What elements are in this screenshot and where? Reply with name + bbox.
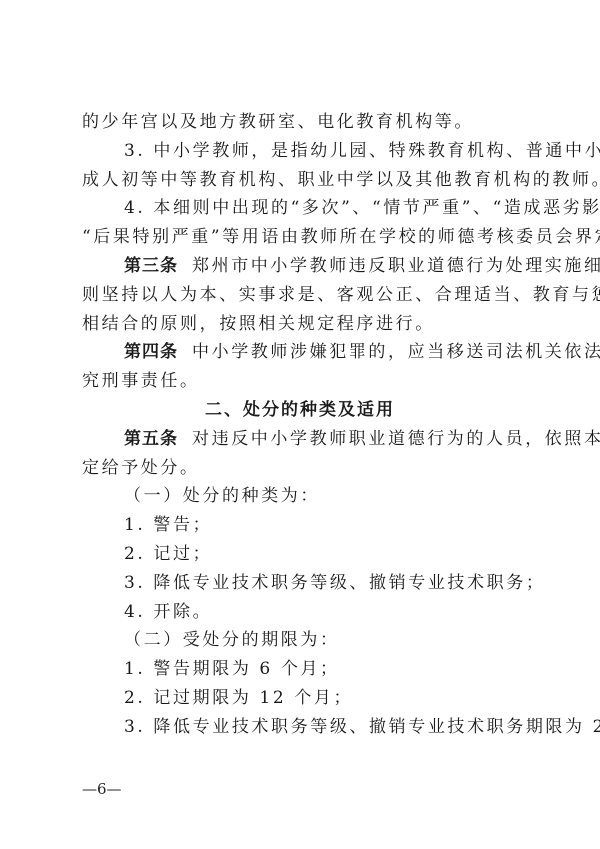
text-line: 定给予处分。 — [82, 454, 518, 483]
text-line: 究刑事责任。 — [82, 367, 518, 396]
article-4-text: 中小学教师涉嫌犯罪的，应当移送司法机关依法追 — [192, 342, 600, 362]
text-line: 相结合的原则，按照相关规定程序进行。 — [82, 310, 518, 339]
section-heading: 二、处分的种类及适用 — [82, 396, 518, 425]
list-item: 2. 记过； — [82, 540, 518, 569]
text-line: 3. 中小学教师，是指幼儿园、特殊教育机构、普通中小学、 — [82, 137, 518, 166]
subsection-title: （一）处分的种类为： — [82, 482, 518, 511]
text-line: 的少年宫以及地方教研室、电化教育机构等。 — [82, 108, 518, 137]
article-3-text: 郑州市中小学教师违反职业道德行为处理实施细 — [192, 256, 600, 276]
text-line: “后果特别严重”等用语由教师所在学校的师德考核委员会界定。 — [82, 223, 518, 252]
list-item: 2. 记过期限为 12 个月； — [82, 684, 518, 713]
article-5-number: 第五条 — [124, 429, 178, 449]
subsection-title: （二）受处分的期限为： — [82, 626, 518, 655]
page-number: —6— — [82, 780, 122, 798]
list-item: 4. 开除。 — [82, 598, 518, 627]
article-3-number: 第三条 — [124, 256, 178, 276]
article-5-text: 对违反中小学教师职业道德行为的人员，依照本规 — [192, 429, 600, 449]
article-4-number: 第四条 — [124, 342, 178, 362]
list-item: 1. 警告； — [82, 511, 518, 540]
text-line: 则坚持以人为本、实事求是、客观公正、合理适当、教育与惩戒 — [82, 281, 518, 310]
article-3-line: 第三条郑州市中小学教师违反职业道德行为处理实施细 — [82, 252, 518, 281]
text-line: 4. 本细则中出现的“多次”、“情节严重”、“造成恶劣影响”、 — [82, 194, 518, 223]
article-5-line: 第五条对违反中小学教师职业道德行为的人员，依照本规 — [82, 425, 518, 454]
article-4-line: 第四条中小学教师涉嫌犯罪的，应当移送司法机关依法追 — [82, 338, 518, 367]
text-line: 成人初等中等教育机构、职业中学以及其他教育机构的教师。 — [82, 166, 518, 195]
list-item: 3. 降低专业技术职务等级、撤销专业技术职务； — [82, 569, 518, 598]
document-page: 的少年宫以及地方教研室、电化教育机构等。 3. 中小学教师，是指幼儿园、特殊教育… — [82, 108, 518, 742]
list-item: 1. 警告期限为 6 个月； — [82, 655, 518, 684]
list-item: 3. 降低专业技术职务等级、撤销专业技术职务期限为 24 个 — [82, 713, 518, 742]
